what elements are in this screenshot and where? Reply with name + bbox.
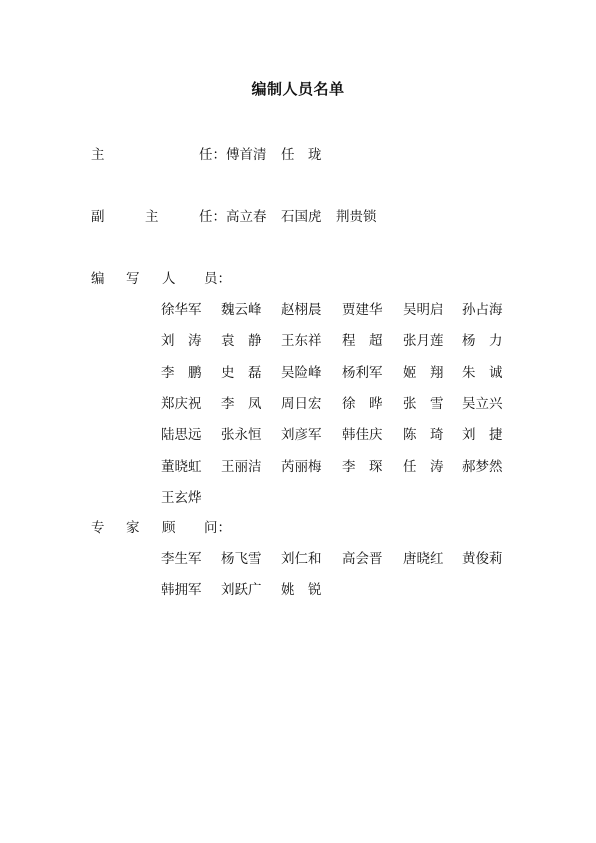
writers-name: 杨利军 [342,361,383,381]
advisors-name: 韩拥军 [161,578,202,598]
advisors-label-3: 顾 [162,516,176,536]
writers-name: 董晓虹 [161,455,202,475]
advisors-name: 黄俊莉 [462,547,503,567]
director-name: 任 珑 [281,143,322,163]
writers-name: 李 琛 [342,455,383,475]
writers-name: 魏云峰 [221,298,262,318]
writers-label-2: 写 [126,267,140,287]
advisors-name: 李生军 [161,547,202,567]
writers-name: 赵栩晨 [281,298,322,318]
writers-name: 陆思远 [161,423,202,443]
deputy-label-2: 主 [145,205,159,225]
writers-name: 杨 力 [462,329,503,349]
writers-name: 程 超 [342,329,383,349]
writers-name: 刘彦军 [281,423,322,443]
writers-name: 李 鹏 [161,361,202,381]
advisors-label-1: 专 [91,516,105,536]
deputy-name: 高立春 [226,205,267,225]
writers-name: 韩佳庆 [342,423,383,443]
writers-name: 徐华军 [161,298,202,318]
director-label-1: 主 [91,143,105,163]
writers-name: 吴险峰 [281,361,322,381]
deputy-label-1: 副 [91,205,105,225]
advisors-label-2: 家 [126,516,140,536]
writers-name: 史 磊 [221,361,262,381]
deputy-label-3: 任： [199,205,226,225]
writers-name: 陈 琦 [403,423,444,443]
writers-name: 徐 晔 [342,392,383,412]
writers-name: 任 涛 [403,455,444,475]
director-name: 傅首清 [226,143,267,163]
writers-name: 刘 涛 [161,329,202,349]
writers-name: 吴立兴 [462,392,503,412]
writers-name: 李 凤 [221,392,262,412]
advisors-name: 高会晋 [342,547,383,567]
advisors-name: 刘仁和 [281,547,322,567]
writers-name: 刘 捷 [462,423,503,443]
deputy-name: 石国虎 [281,205,322,225]
writers-name: 王东祥 [281,329,322,349]
writers-name: 周日宏 [281,392,322,412]
writers-label-4: 员： [204,267,231,287]
writers-name: 吴明启 [403,298,444,318]
page-title: 编制人员名单 [0,78,596,99]
advisors-name: 唐晓红 [403,547,444,567]
writers-name: 郝梦然 [462,455,503,475]
writers-name: 姬 翔 [403,361,444,381]
writers-label-3: 人 [162,267,176,287]
writers-name: 贾建华 [342,298,383,318]
advisors-label-4: 问： [204,516,231,536]
advisors-name: 姚 锐 [281,578,322,598]
writers-name: 张月莲 [403,329,444,349]
writers-name: 芮丽梅 [281,455,322,475]
advisors-name: 杨飞雪 [221,547,262,567]
writers-name: 王玄烨 [161,486,202,506]
advisors-name: 刘跃广 [221,578,262,598]
writers-name: 孙占海 [462,298,503,318]
writers-name: 袁 静 [221,329,262,349]
writers-name: 朱 诚 [462,361,503,381]
writers-name: 张 雪 [403,392,444,412]
deputy-name: 荆贵锁 [336,205,377,225]
writers-name: 郑庆祝 [161,392,202,412]
writers-label-1: 编 [91,267,105,287]
writers-name: 王丽洁 [221,455,262,475]
writers-name: 张永恒 [221,423,262,443]
director-label-2: 任： [199,143,226,163]
